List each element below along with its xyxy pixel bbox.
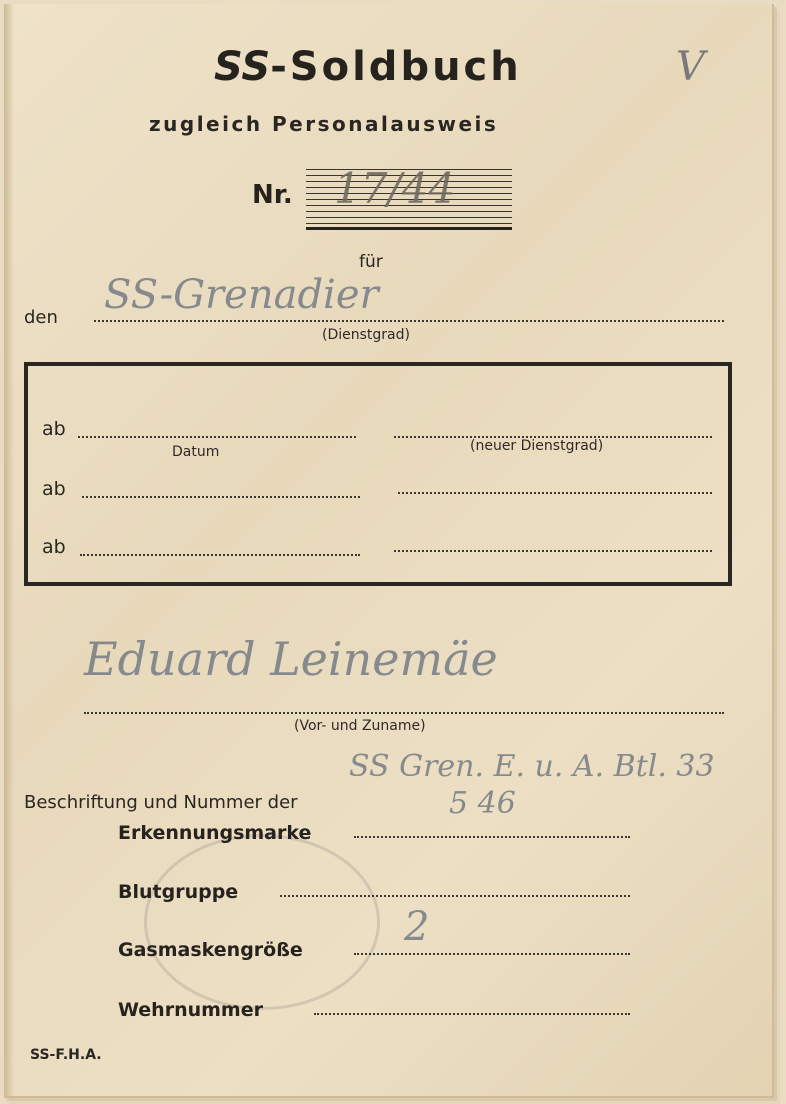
faded-stamp xyxy=(144,834,380,1010)
promotion-row-3-rank-line xyxy=(394,550,712,552)
promotion-row-1-label: ab xyxy=(42,418,66,440)
page-spine xyxy=(4,4,14,1096)
promotion-row-2-date-line xyxy=(82,496,360,498)
title-prefix: SS xyxy=(214,44,270,90)
rank-value: SS-Grenadier xyxy=(104,272,379,318)
document-subtitle: zugleich Personalausweis xyxy=(149,112,498,136)
id-tag-value-line-2: 5 46 xyxy=(449,786,516,821)
gas-mask-size-value: 2 xyxy=(404,904,429,950)
field-line-id-tag xyxy=(354,836,630,838)
document-title: SS-Soldbuch xyxy=(214,44,522,90)
number-label: Nr. xyxy=(252,180,293,210)
name-dotted-line xyxy=(84,712,724,714)
name-caption: (Vor- und Zuname) xyxy=(294,718,426,734)
id-tag-intro: Beschriftung und Nummer der xyxy=(24,792,298,813)
promotion-row-2-rank-line xyxy=(398,492,712,494)
promotion-box: ab Datum (neuer Dienstgrad) ab ab xyxy=(24,362,732,586)
promotion-row-2-label: ab xyxy=(42,478,66,500)
field-line-service-number xyxy=(314,1013,630,1015)
field-label-gas-mask-size: Gasmaskengröße xyxy=(118,939,303,961)
name-value: Eduard Leinemäe xyxy=(84,632,498,686)
field-line-gas-mask-size xyxy=(354,953,630,955)
number-value: 17/44 xyxy=(334,164,455,213)
rank-caption: (Dienstgrad) xyxy=(322,327,410,343)
for-label: für xyxy=(359,252,383,272)
field-label-service-number: Wehrnummer xyxy=(118,999,263,1021)
promotion-row-3-date-line xyxy=(80,554,360,556)
new-rank-caption: (neuer Dienstgrad) xyxy=(470,438,603,454)
document-page: V SS-Soldbuch zugleich Personalausweis N… xyxy=(4,4,774,1098)
field-line-blood-group xyxy=(280,895,630,897)
id-tag-value-line-1: SS Gren. E. u. A. Btl. 33 xyxy=(349,749,715,784)
field-label-id-tag: Erkennungsmarke xyxy=(118,822,311,844)
corner-pencil-mark: V xyxy=(676,44,705,90)
promotion-row-1-date-line xyxy=(78,436,356,438)
footer-issuer: SS-F.H.A. xyxy=(30,1047,102,1063)
promotion-row-3-label: ab xyxy=(42,536,66,558)
field-label-blood-group: Blutgruppe xyxy=(118,881,238,903)
rank-dotted-line xyxy=(94,320,724,322)
date-caption: Datum xyxy=(172,444,219,460)
title-text: -Soldbuch xyxy=(270,44,522,90)
den-label: den xyxy=(24,307,58,328)
